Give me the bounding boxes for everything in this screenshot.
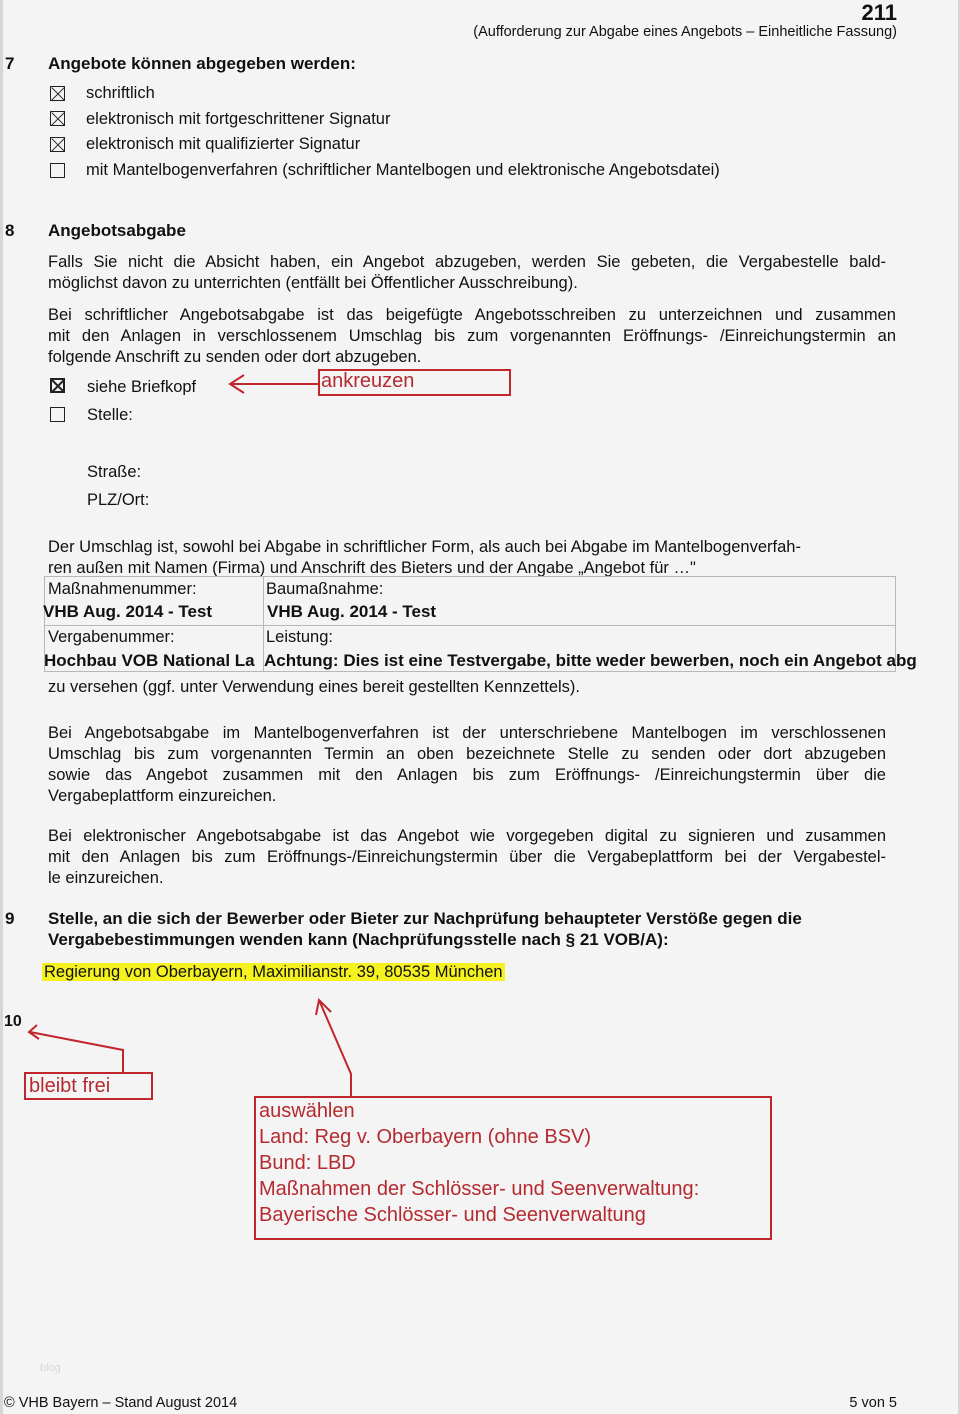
annotation-text: auswählen: [259, 1098, 770, 1124]
footer-copyright: © VHB Bayern – Stand August 2014: [4, 1395, 237, 1411]
annotation-bleibt-frei: bleibt frei: [24, 1072, 153, 1100]
annotation-text: Bayerische Schlösser- und Seenverwaltung: [259, 1202, 770, 1228]
annotation-auswaehlen: auswählen Land: Reg v. Oberbayern (ohne …: [254, 1096, 772, 1240]
annotation-text: Bund: LBD: [259, 1150, 770, 1176]
watermark: blog: [40, 1362, 61, 1374]
annotation-text: bleibt frei: [29, 1073, 151, 1099]
arrow-bleibt-frei: [30, 1032, 123, 1072]
annotation-ankreuzen: ankreuzen: [318, 369, 511, 396]
annotation-text: ankreuzen: [321, 368, 509, 394]
arrow-auswaehlen: [319, 1000, 351, 1096]
annotation-text: Maßnahmen der Schlösser- und Seenverwalt…: [259, 1176, 770, 1202]
footer-page-count: 5 von 5: [849, 1395, 897, 1411]
annotation-text: Land: Reg v. Oberbayern (ohne BSV): [259, 1124, 770, 1150]
